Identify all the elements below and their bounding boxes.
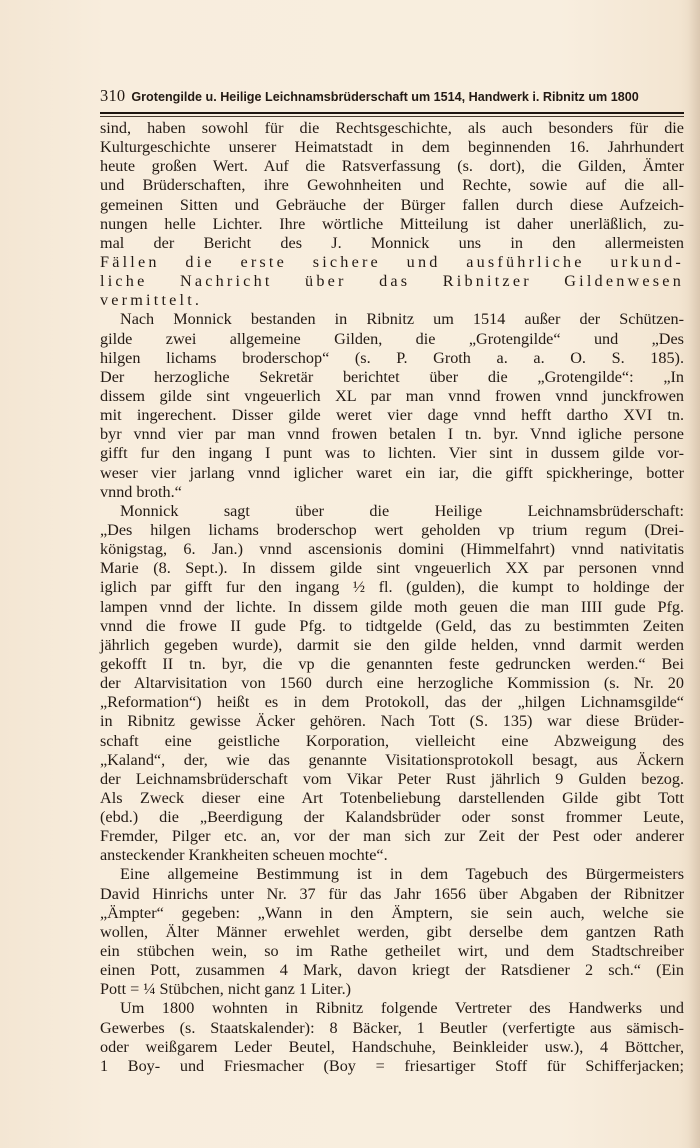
text-line: gemeinen Sitten und Gebräuche der Bürger… xyxy=(100,196,684,215)
text-line: „Des hilgen lichams broderschop wert geh… xyxy=(100,521,684,540)
header-rule-thin xyxy=(100,116,684,117)
text-line: heute großen Wert. Auf die Ratsverfassun… xyxy=(100,157,684,176)
body-text: sind, haben sowohl für die Rechtsgeschic… xyxy=(100,119,684,1076)
text-line: mal der Bericht des J. Monnick uns in de… xyxy=(100,234,684,253)
page-edge-shadow xyxy=(688,0,700,1148)
text-line: Marie (8. Sept.). In dissem gilde sint v… xyxy=(100,559,684,578)
text-line: wollen, Älter Männer erwehlet werden, gi… xyxy=(100,923,684,942)
text-line: vnnd die frowe II gude Pfg. to tidtgelde… xyxy=(100,617,684,636)
text-line: königstag, 6. Jan.) vnnd ascensionis dom… xyxy=(100,540,684,559)
text-line: Fremder, Pilger etc. an, vor der man sic… xyxy=(100,827,684,846)
text-line: der Leichnamsbrüderschaft vom Vikar Pete… xyxy=(100,770,684,789)
text-line: der Altarvisitation von 1560 durch eine … xyxy=(100,674,684,693)
text-line: Als Zweck dieser eine Art Totenbeliebung… xyxy=(100,789,684,808)
text-line: Pott = ¼ Stübchen, nicht ganz 1 Liter.) xyxy=(100,980,684,999)
page-header: 310 Grotengilde u. Heilige Leichnamsbrüd… xyxy=(100,86,684,108)
text-line: „Kaland“, der, wie das genannte Visitati… xyxy=(100,751,684,770)
text-line: vnnd broth.“ xyxy=(100,483,684,502)
text-line: nungen helle Lichter. Ihre wörtliche Mit… xyxy=(100,215,684,234)
text-line: lampen vnnd der lichte. In dissem gilde … xyxy=(100,598,684,617)
text-line: sind, haben sowohl für die Rechtsgeschic… xyxy=(100,119,684,138)
text-line: gifft fur den ingang I punt was to licht… xyxy=(100,444,684,463)
running-head: Grotengilde u. Heilige Leichnamsbrüdersc… xyxy=(131,90,638,104)
text-line: „Reformation“) heißt es in dem Protokoll… xyxy=(100,693,684,712)
page-number: 310 xyxy=(100,86,125,106)
text-line: byr vnnd vier par man vnnd frowen betale… xyxy=(100,425,684,444)
paragraph-start-line: Eine allgemeine Bestimmung ist in dem Ta… xyxy=(100,865,684,884)
text-line: ansteckender Krankheiten scheuen mochte“… xyxy=(100,846,684,865)
text-line: schaft eine geistliche Korporation, viel… xyxy=(100,732,684,751)
header-rule-thick xyxy=(100,112,684,114)
text-line: „Ämpter“ gegeben: „Wann in den Ämptern, … xyxy=(100,904,684,923)
paragraph-start-line: Nach Monnick bestanden in Ribnitz um 151… xyxy=(100,310,684,329)
text-line: ein stübchen wein, so im Rathe getheilet… xyxy=(100,942,684,961)
text-line: David Hinrichs unter Nr. 37 für das Jahr… xyxy=(100,885,684,904)
text-line: dissem gilde sint vngeuerlich XL par man… xyxy=(100,387,684,406)
text-line: mit ingerechent. Disser gilde weret vier… xyxy=(100,406,684,425)
text-line-spaced: Fällen die erste sichere und ausführlich… xyxy=(100,253,684,272)
text-line: jährlich gegeben wurde), darmit sie den … xyxy=(100,636,684,655)
scanned-book-page: 310 Grotengilde u. Heilige Leichnamsbrüd… xyxy=(0,0,700,1148)
text-line: hilgen lichams broderschop“ (s. P. Groth… xyxy=(100,349,684,368)
paragraph-start-line: Um 1800 wohnten in Ribnitz folgende Vert… xyxy=(100,999,684,1018)
text-line: 1 Boy- und Friesmacher (Boy = friesartig… xyxy=(100,1057,684,1076)
text-line: weser vier jarlang vnnd iglicher waret e… xyxy=(100,464,684,483)
text-line: iglich par gifft fur den ingang ½ fl. (g… xyxy=(100,578,684,597)
text-line: gekofft II tn. byr, die vp die genannten… xyxy=(100,655,684,674)
text-line: Der herzogliche Sekretär berichtet über … xyxy=(100,368,684,387)
text-line: (ebd.) die „Beerdigung der Kalandsbrüder… xyxy=(100,808,684,827)
text-line: und Brüderschaften, ihre Gewohnheiten un… xyxy=(100,176,684,195)
text-line-spaced: liche Nachricht über das Ribnitzer Gilde… xyxy=(100,272,684,291)
text-line-spaced: vermittelt. xyxy=(100,291,684,310)
text-line: Gewerbes (s. Staatskalender): 8 Bäcker, … xyxy=(100,1019,684,1038)
text-line: Kulturgeschichte unserer Heimatstadt in … xyxy=(100,138,684,157)
text-line: in Ribnitz gewisse Äcker gehören. Nach T… xyxy=(100,712,684,731)
text-line: einen Pott, zusammen 4 Mark, davon krieg… xyxy=(100,961,684,980)
text-line: gilde zwei allgemeine Gilden, die „Grote… xyxy=(100,330,684,349)
text-line: oder weißgarem Leder Beutel, Handschuhe,… xyxy=(100,1038,684,1057)
paragraph-start-line: Monnick sagt über die Heilige Leichnamsb… xyxy=(100,502,684,521)
